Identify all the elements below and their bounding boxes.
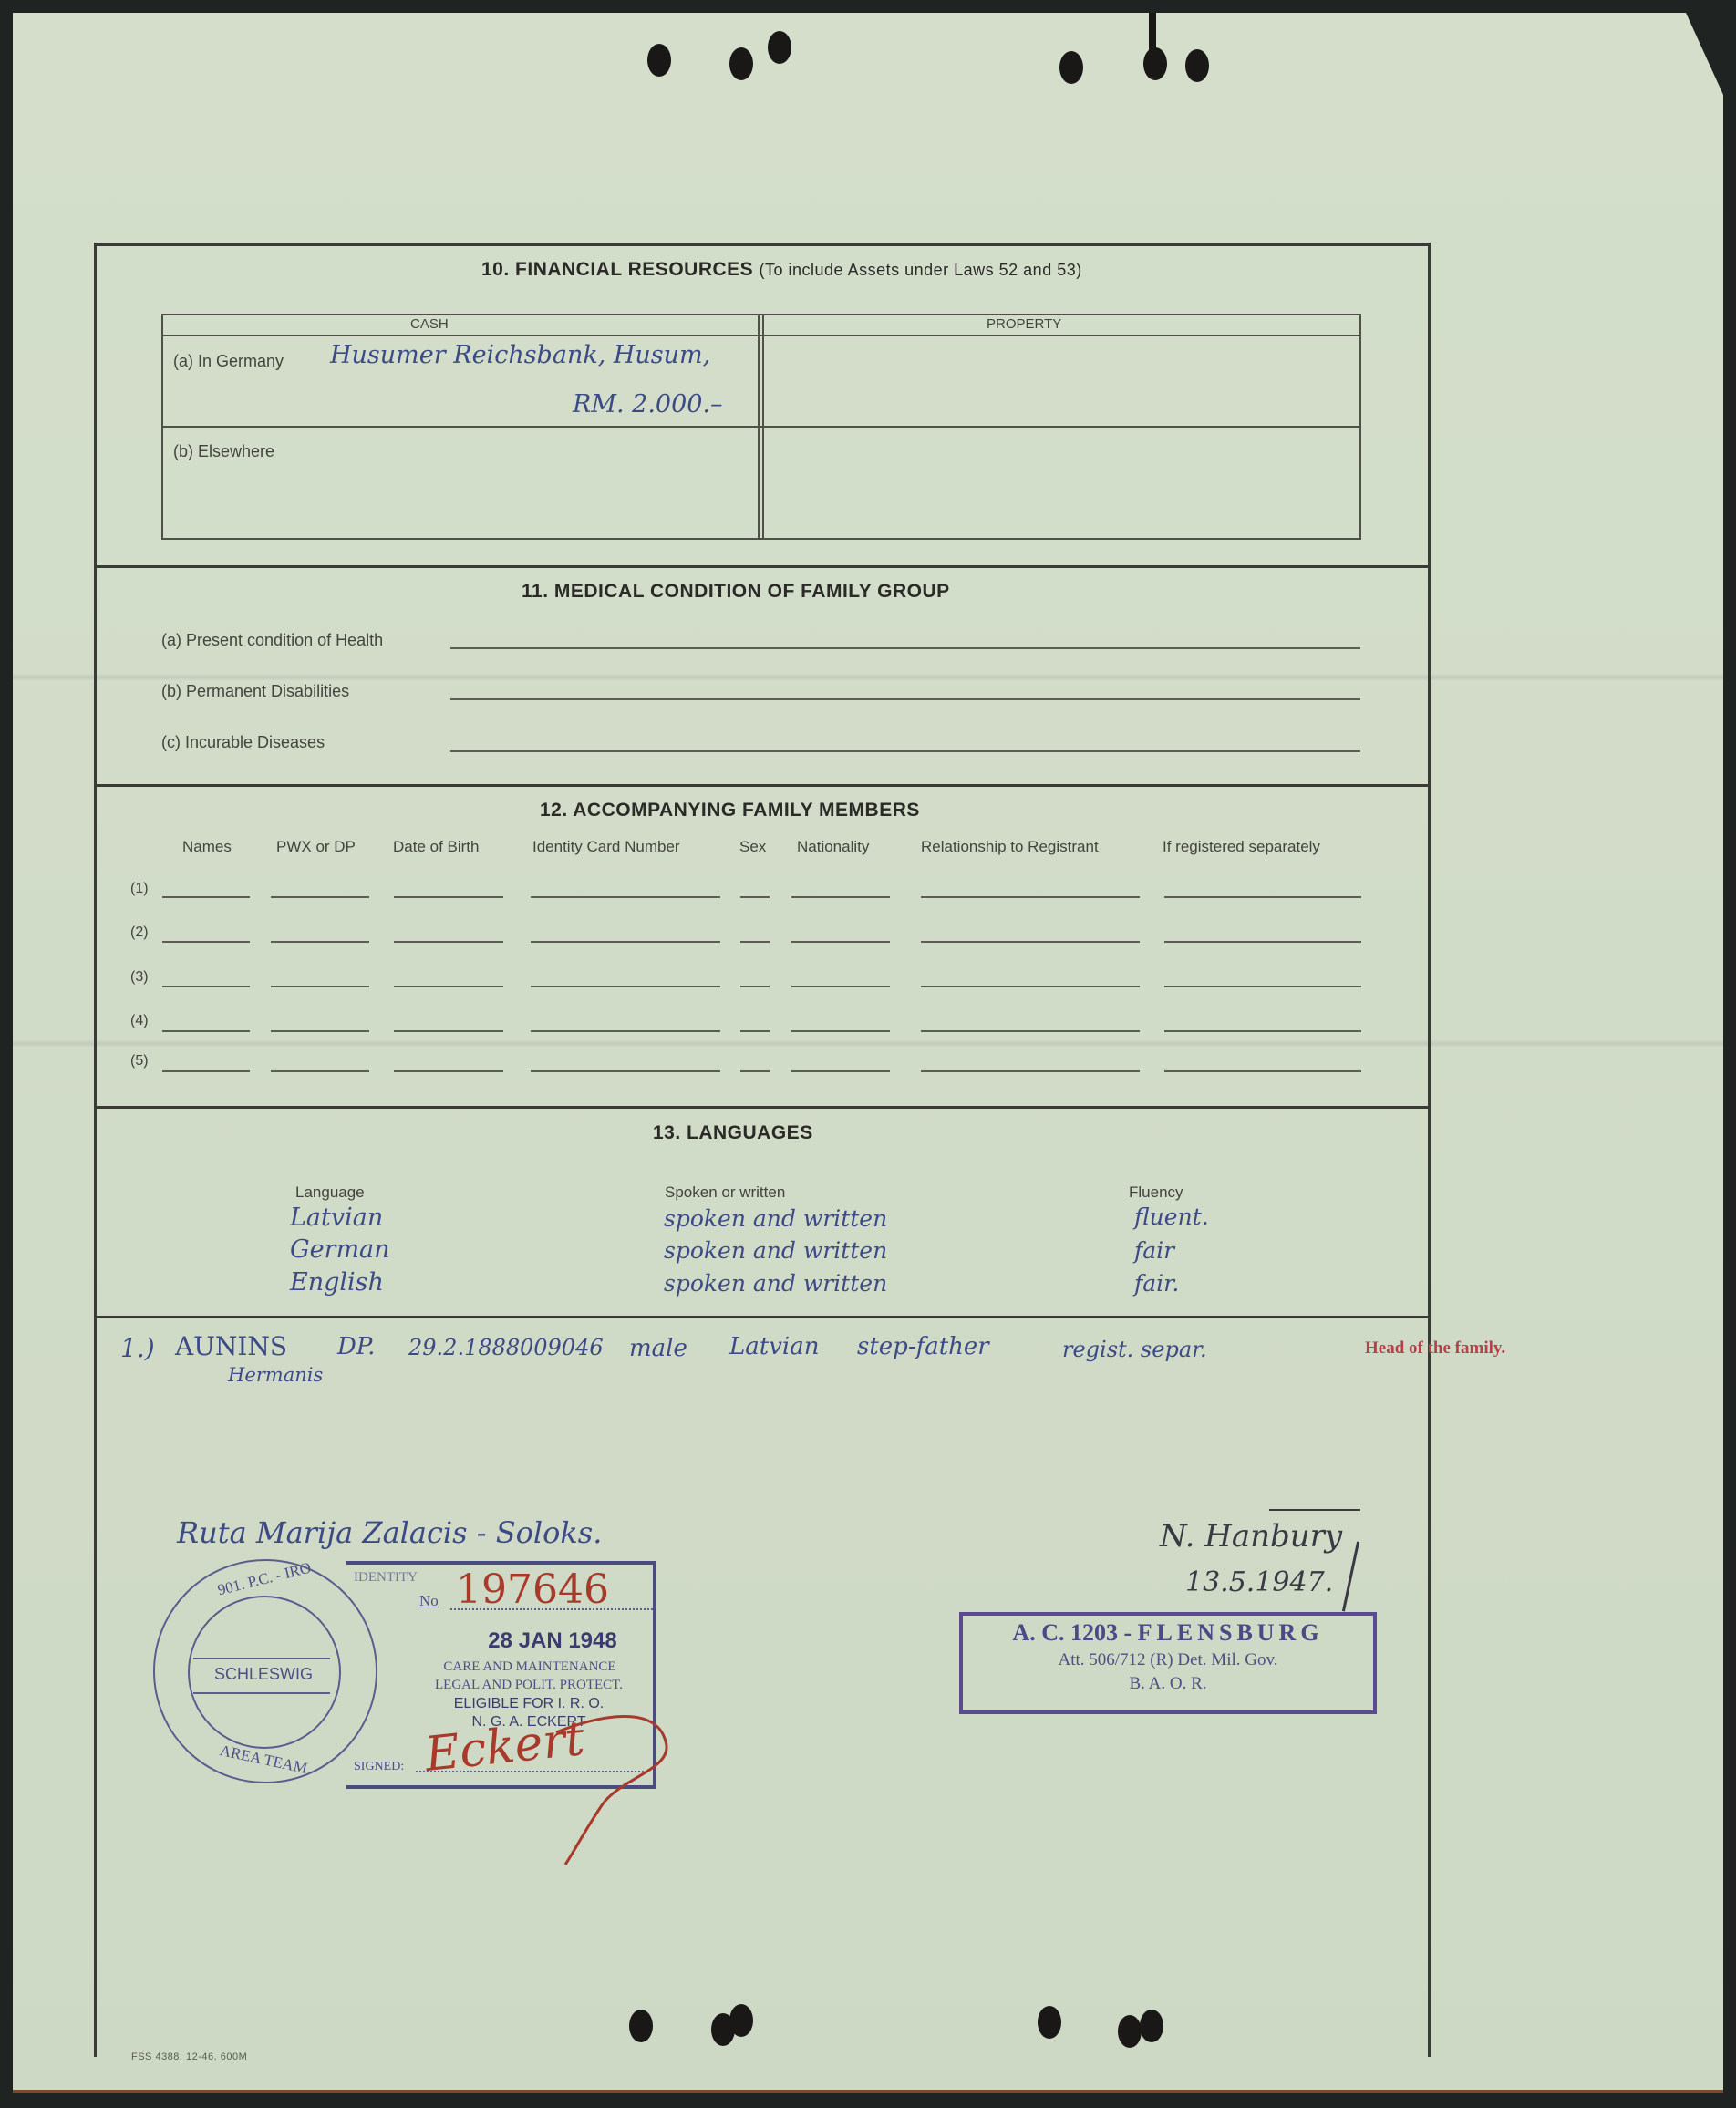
row-1-names[interactable] bbox=[162, 896, 250, 898]
flensburg-unit: A. C. 1203 - bbox=[1012, 1619, 1131, 1646]
annotation-nationality: Latvian bbox=[729, 1333, 819, 1360]
row-1-id[interactable] bbox=[531, 896, 720, 898]
col-spoken-written: Spoken or written bbox=[665, 1183, 785, 1202]
row-5-sex[interactable] bbox=[740, 1070, 770, 1072]
row-3-registered[interactable] bbox=[1164, 986, 1361, 987]
row-1-sex[interactable] bbox=[740, 896, 770, 898]
section-11-title: 11. MEDICAL CONDITION OF FAMILY GROUP bbox=[522, 581, 950, 603]
financial-row-rule bbox=[161, 426, 1361, 428]
identity-label: IDENTITY bbox=[354, 1570, 418, 1586]
registrant-name: Ruta Marija Zalacis - Soloks. bbox=[177, 1515, 602, 1550]
punch-hole bbox=[629, 2010, 653, 2042]
row-number: (5) bbox=[130, 1053, 149, 1069]
row-2-names[interactable] bbox=[162, 941, 250, 943]
annotation-dob: 29.2.1888. bbox=[408, 1335, 527, 1360]
elsewhere-label: (b) Elsewhere bbox=[173, 442, 274, 461]
row-5-nationality[interactable] bbox=[791, 1070, 890, 1072]
financial-col-divider bbox=[762, 314, 764, 540]
row-4-pwx[interactable] bbox=[271, 1030, 369, 1032]
punch-hole bbox=[729, 47, 753, 80]
punch-hole bbox=[1140, 2010, 1163, 2042]
punch-hole bbox=[647, 44, 671, 77]
language-3-fluency[interactable]: fair. bbox=[1134, 1270, 1179, 1297]
disabilities-label: (b) Permanent Disabilities bbox=[161, 682, 349, 701]
col-sex: Sex bbox=[739, 838, 766, 856]
punch-hole bbox=[768, 31, 791, 64]
annotation-entry-number: 1.) bbox=[120, 1333, 155, 1363]
section-divider bbox=[94, 1106, 1431, 1109]
row-number: (1) bbox=[130, 881, 149, 897]
row-3-nationality[interactable] bbox=[791, 986, 890, 987]
stamp-line-care: CARE AND MAINTENANCE bbox=[407, 1659, 653, 1675]
row-2-relationship[interactable] bbox=[921, 941, 1140, 943]
form-left-border bbox=[94, 243, 97, 2057]
language-2-mode[interactable]: spoken and written bbox=[664, 1237, 887, 1264]
language-1-fluency[interactable]: fluent. bbox=[1134, 1204, 1209, 1230]
row-3-pwx[interactable] bbox=[271, 986, 369, 987]
language-3-mode[interactable]: spoken and written bbox=[664, 1270, 887, 1297]
annotation-relationship: step-father bbox=[857, 1333, 989, 1360]
in-germany-cash-bank[interactable]: Husumer Reichsbank, Husum, bbox=[330, 341, 710, 369]
section-divider bbox=[94, 784, 1431, 787]
disabilities-field[interactable] bbox=[450, 698, 1360, 700]
no-label: No bbox=[419, 1592, 439, 1610]
row-5-dob[interactable] bbox=[394, 1070, 503, 1072]
section-divider bbox=[94, 1316, 1431, 1318]
row-5-relationship[interactable] bbox=[921, 1070, 1140, 1072]
col-language: Language bbox=[295, 1183, 365, 1202]
language-2[interactable]: German bbox=[290, 1235, 390, 1264]
row-3-id[interactable] bbox=[531, 986, 720, 987]
form-top-border bbox=[94, 243, 1431, 246]
language-2-fluency[interactable]: fair bbox=[1134, 1237, 1174, 1264]
financial-header-rule bbox=[161, 335, 1361, 336]
section-10-heading: 10. FINANCIAL RESOURCES (To include Asse… bbox=[481, 259, 1082, 281]
annotation-surname: AUNINS bbox=[175, 1331, 287, 1361]
section-10-title: 10. FINANCIAL RESOURCES bbox=[481, 259, 753, 280]
row-5-registered[interactable] bbox=[1164, 1070, 1361, 1072]
row-5-id[interactable] bbox=[531, 1070, 720, 1072]
health-field[interactable] bbox=[450, 647, 1360, 649]
punch-hole bbox=[1059, 51, 1083, 84]
row-4-relationship[interactable] bbox=[921, 1030, 1140, 1032]
row-2-nationality[interactable] bbox=[791, 941, 890, 943]
flensburg-line3: B. A. O. R. bbox=[965, 1674, 1371, 1694]
section-13-title: 13. LANGUAGES bbox=[653, 1122, 813, 1144]
col-registered-separately: If registered separately bbox=[1162, 838, 1320, 856]
section-12-title: 12. ACCOMPANYING FAMILY MEMBERS bbox=[540, 800, 920, 821]
row-number: (3) bbox=[130, 969, 149, 986]
row-3-names[interactable] bbox=[162, 986, 250, 987]
financial-table-bottom bbox=[161, 538, 1361, 540]
row-2-id[interactable] bbox=[531, 941, 720, 943]
annotation-sex: male bbox=[629, 1335, 687, 1362]
row-4-id[interactable] bbox=[531, 1030, 720, 1032]
section-10-subtitle: (To include Assets under Laws 52 and 53) bbox=[759, 261, 1082, 279]
col-identity-card: Identity Card Number bbox=[532, 838, 680, 856]
signature-flourish bbox=[547, 1696, 684, 1869]
language-1-mode[interactable]: spoken and written bbox=[664, 1205, 887, 1232]
row-2-pwx[interactable] bbox=[271, 941, 369, 943]
diseases-label: (c) Incurable Diseases bbox=[161, 733, 325, 752]
row-3-sex[interactable] bbox=[740, 986, 770, 987]
language-3[interactable]: English bbox=[290, 1268, 384, 1297]
punch-hole bbox=[1118, 2015, 1142, 2048]
row-2-dob[interactable] bbox=[394, 941, 503, 943]
row-4-names[interactable] bbox=[162, 1030, 250, 1032]
form-code: FSS 4388. 12-46. 600M bbox=[131, 2051, 247, 2062]
annotation-red-note: Head of the family. bbox=[1365, 1338, 1505, 1359]
row-4-sex[interactable] bbox=[740, 1030, 770, 1032]
signature-overline bbox=[1269, 1509, 1360, 1511]
row-number: (2) bbox=[130, 925, 149, 941]
financial-table-top bbox=[161, 314, 1361, 315]
stamp-rule bbox=[193, 1658, 330, 1659]
col-names: Names bbox=[182, 838, 232, 856]
row-4-nationality[interactable] bbox=[791, 1030, 890, 1032]
stamp-line-legal: LEGAL AND POLIT. PROTECT. bbox=[401, 1678, 656, 1693]
flensburg-line1: A. C. 1203 - FLENSBURG bbox=[965, 1619, 1371, 1647]
row-1-registered[interactable] bbox=[1164, 896, 1361, 898]
stamp-date: 28 JAN 1948 bbox=[461, 1628, 644, 1654]
language-1[interactable]: Latvian bbox=[290, 1204, 383, 1232]
punch-hole bbox=[729, 2004, 753, 2037]
col-pwx-dp: PWX or DP bbox=[276, 838, 356, 856]
row-number: (4) bbox=[130, 1013, 149, 1029]
col-date-of-birth: Date of Birth bbox=[393, 838, 480, 856]
property-column-header: PROPERTY bbox=[987, 316, 1061, 332]
stamp-center-text: SCHLESWIG bbox=[195, 1665, 332, 1684]
punch-hole bbox=[1185, 49, 1209, 82]
financial-table-left bbox=[161, 314, 163, 540]
col-fluency: Fluency bbox=[1129, 1183, 1183, 1202]
row-3-relationship[interactable] bbox=[921, 986, 1140, 987]
fold-crease bbox=[13, 1039, 1723, 1049]
row-2-registered[interactable] bbox=[1164, 941, 1361, 943]
row-1-relationship[interactable] bbox=[921, 896, 1140, 898]
punch-hole bbox=[1038, 2006, 1061, 2039]
in-germany-cash-amount[interactable]: RM. 2.000.– bbox=[573, 390, 723, 418]
financial-col-divider bbox=[758, 314, 759, 540]
row-1-dob[interactable] bbox=[394, 896, 503, 898]
officer-date: 13.5.1947. bbox=[1185, 1566, 1333, 1598]
annotation-registration: regist. separ. bbox=[1062, 1337, 1207, 1362]
row-1-nationality[interactable] bbox=[791, 896, 890, 898]
stamp-rule bbox=[193, 1692, 330, 1694]
officer-signature: N. Hanbury bbox=[1160, 1518, 1342, 1555]
col-nationality: Nationality bbox=[797, 838, 869, 856]
col-relationship: Relationship to Registrant bbox=[921, 838, 1099, 856]
row-5-names[interactable] bbox=[162, 1070, 250, 1072]
section-divider bbox=[94, 565, 1431, 568]
identity-number: 197646 bbox=[456, 1566, 609, 1613]
row-4-registered[interactable] bbox=[1164, 1030, 1361, 1032]
financial-table-right bbox=[1359, 314, 1361, 540]
annotation-id-number: 009046 bbox=[520, 1335, 604, 1360]
annotation-given-name: Hermanis bbox=[228, 1364, 323, 1386]
flensburg-line2: Att. 506/712 (R) Det. Mil. Gov. bbox=[965, 1650, 1371, 1670]
form-right-border bbox=[1428, 243, 1431, 2057]
row-5-pwx[interactable] bbox=[271, 1070, 369, 1072]
flensburg-city: FLENSBURG bbox=[1138, 1619, 1324, 1646]
in-germany-label: (a) In Germany bbox=[173, 352, 284, 371]
cash-column-header: CASH bbox=[410, 316, 449, 332]
fold-crease bbox=[13, 673, 1723, 682]
row-3-dob[interactable] bbox=[394, 986, 503, 987]
row-4-dob[interactable] bbox=[394, 1030, 503, 1032]
diseases-field[interactable] bbox=[450, 750, 1360, 752]
row-1-pwx[interactable] bbox=[271, 896, 369, 898]
tear-mark bbox=[1149, 13, 1156, 58]
signed-label: SIGNED: bbox=[354, 1760, 404, 1774]
health-label: (a) Present condition of Health bbox=[161, 631, 383, 650]
row-2-sex[interactable] bbox=[740, 941, 770, 943]
annotation-status: DP. bbox=[337, 1333, 375, 1360]
